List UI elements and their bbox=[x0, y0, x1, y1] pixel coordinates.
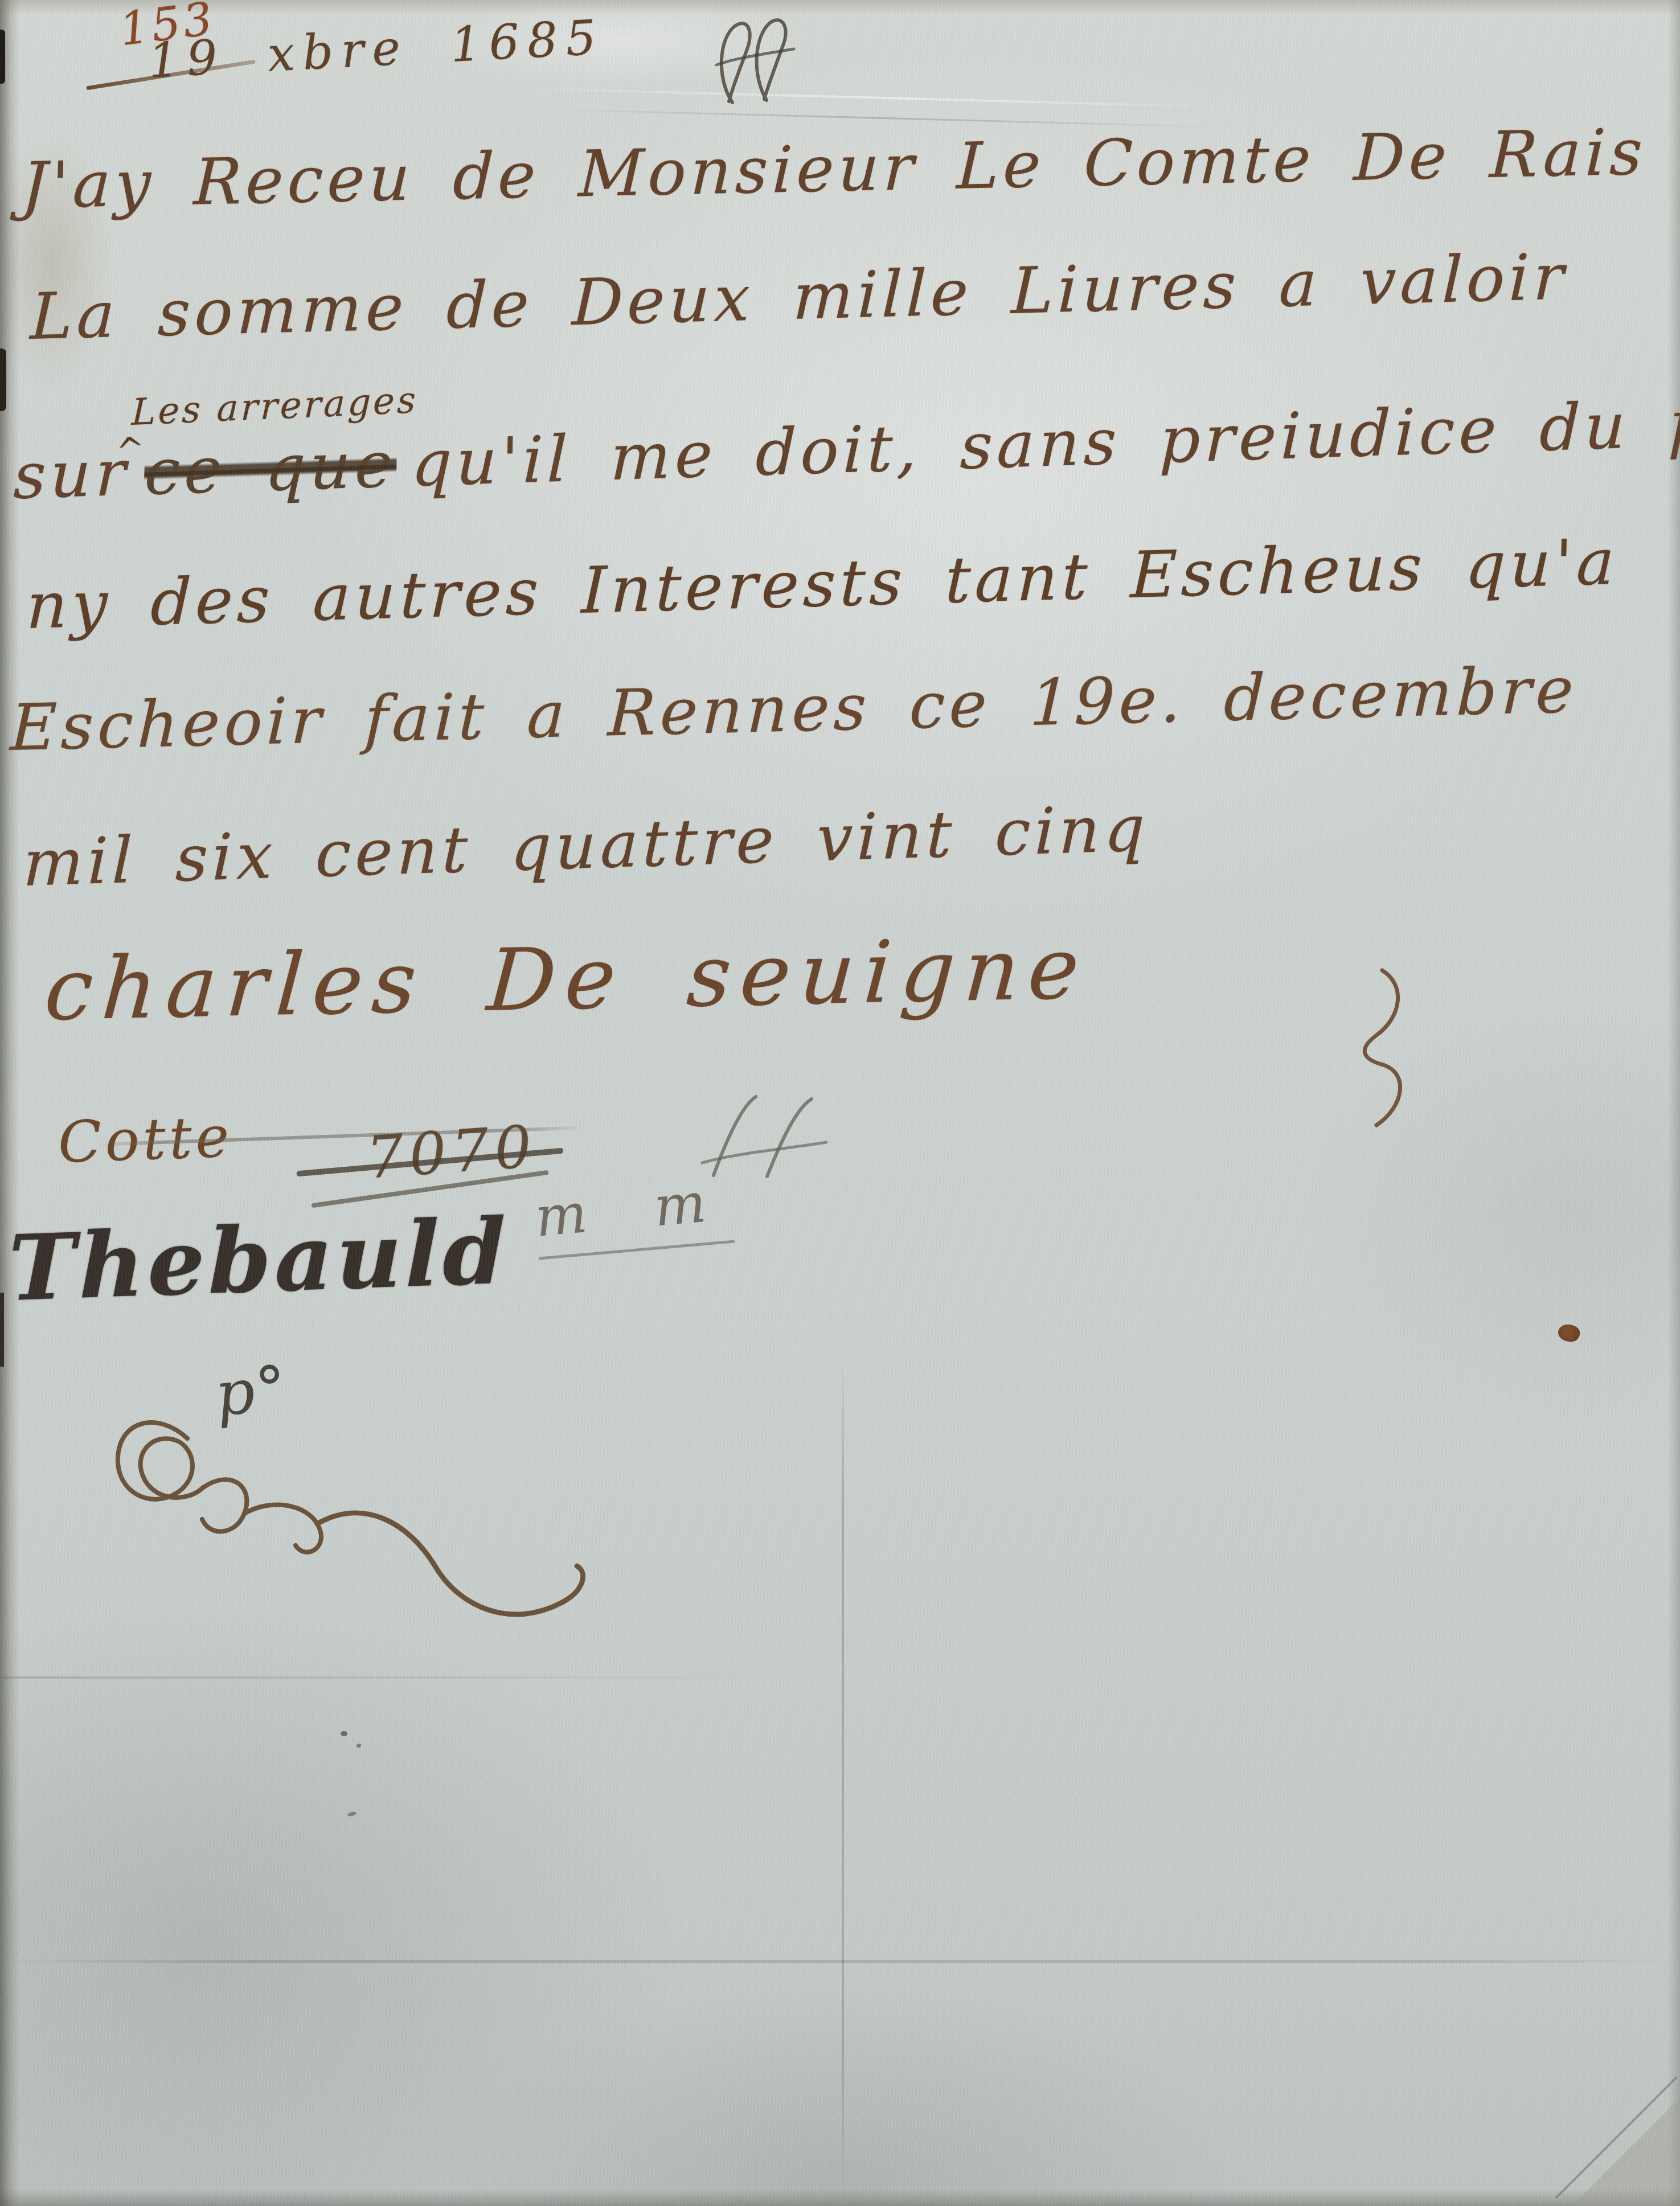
scan-background-sliver bbox=[0, 30, 5, 84]
signature-paraph-icon bbox=[1341, 961, 1427, 1138]
line-3-prefix: sur bbox=[13, 436, 130, 514]
line-3-rest: qu'il me doit, sans preiudice du princip… bbox=[411, 378, 1680, 501]
folded-corner-crease bbox=[1555, 2077, 1678, 2199]
paper-wrinkle bbox=[541, 108, 1224, 128]
ink-speck bbox=[347, 1811, 357, 1817]
paper-edge-right bbox=[1667, 0, 1680, 2206]
body-line-1: J'ay Receu de Monsieur Le Comte De Rais bbox=[21, 115, 1648, 223]
date-heading: 19 xbre 1685 bbox=[147, 9, 605, 89]
ink-blot bbox=[1556, 1322, 1581, 1344]
paper-edge-left bbox=[0, 0, 19, 2206]
paper-crease-horizontal bbox=[0, 1960, 1680, 1963]
ink-speck bbox=[357, 1744, 361, 1748]
ink-speck bbox=[341, 1731, 347, 1736]
folded-corner bbox=[1572, 2098, 1680, 2206]
date-paraph-icon bbox=[699, 16, 802, 107]
body-line-4: ny des autres Interests tant Escheus qu'… bbox=[26, 525, 1620, 643]
body-line-2: La somme de Deux mille Liures a valoir bbox=[30, 240, 1569, 354]
countersignature-thebauld: Thebauld bbox=[9, 1199, 509, 1322]
paper-stain bbox=[0, 80, 137, 444]
paper-crease-vertical bbox=[842, 1355, 844, 2206]
struck-number: 7070 bbox=[364, 1113, 539, 1192]
signature-sevigne: charles De seuigne bbox=[42, 919, 1091, 1040]
clerk-initials: m m bbox=[532, 1168, 735, 1260]
scan-background-sliver bbox=[0, 1293, 4, 1367]
paper-edge-bottom bbox=[0, 2189, 1680, 2206]
body-line-5: Escheoir fait a Rennes ce 19e. decembre bbox=[9, 653, 1578, 765]
cotte-label: Cotte bbox=[57, 1103, 233, 1176]
paper-crease-horizontal bbox=[0, 1676, 854, 1679]
paper-wrinkle bbox=[513, 87, 1253, 109]
manuscript-page: 153 19 xbre 1685 J'ay Receu de Monsieur … bbox=[0, 0, 1680, 2206]
body-line-6: mil six cent quattre vint cinq bbox=[22, 792, 1149, 901]
paper-edge-top bbox=[0, 0, 1680, 15]
bottom-paraph-flourish-icon bbox=[65, 1401, 612, 1651]
interlinear-insertion: Les arrerages bbox=[131, 379, 419, 434]
scan-background-sliver bbox=[0, 348, 6, 411]
struck-word: ce que bbox=[144, 428, 397, 510]
